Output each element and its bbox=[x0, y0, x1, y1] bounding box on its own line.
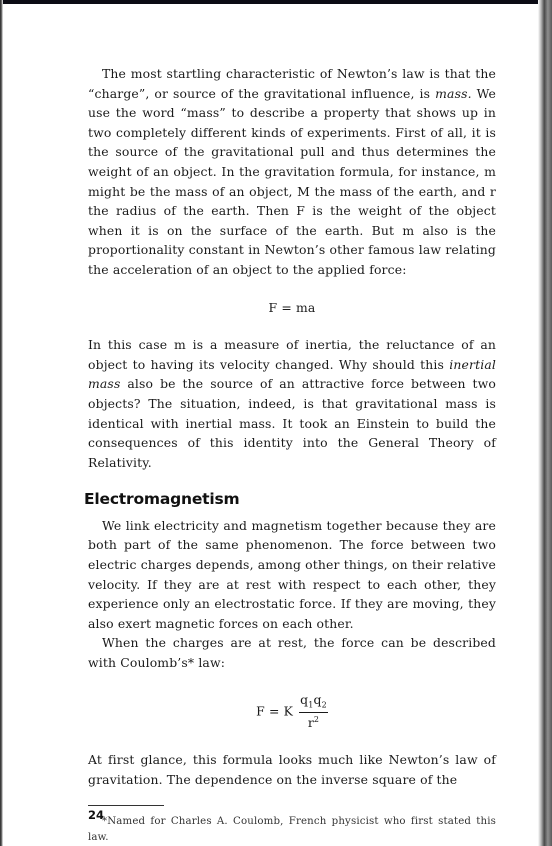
charge-q2: q bbox=[313, 692, 321, 707]
paragraph-text: also be the source of an attractive forc… bbox=[88, 376, 496, 469]
paragraph-coulomb-intro: When the charges are at rest, the force … bbox=[88, 633, 496, 672]
paragraph-electromagnetism: We link electricity and magnetism togeth… bbox=[88, 516, 496, 634]
emphasis-mass: mass. bbox=[435, 86, 472, 101]
scan-left-edge bbox=[0, 0, 3, 846]
equation-newton-second-law: F = ma bbox=[88, 298, 496, 318]
paragraph-text: We use the word “mass” to describe a pro… bbox=[88, 86, 496, 277]
equation-coulomb-law: F = K q1q2 r2 bbox=[88, 693, 496, 731]
paragraph-inertia: In this case m is a measure of inertia, … bbox=[88, 335, 496, 472]
scan-top-edge bbox=[0, 0, 552, 4]
paragraph-comparison: At first glance, this formula looks much… bbox=[88, 750, 496, 789]
page-number: 24 bbox=[88, 808, 104, 822]
footnote-divider bbox=[88, 805, 164, 806]
paragraph-mass: The most startling characteristic of New… bbox=[88, 64, 496, 280]
equation-denominator: r2 bbox=[299, 713, 328, 730]
paragraph-text: In this case m is a measure of inertia, … bbox=[88, 337, 496, 372]
exponent-2: 2 bbox=[314, 715, 319, 724]
footnote: *Named for Charles A. Coulomb, French ph… bbox=[88, 814, 496, 846]
section-heading: Electromagnetism bbox=[84, 490, 496, 510]
subscript-2: 2 bbox=[322, 700, 327, 709]
book-spine-shadow bbox=[538, 0, 552, 846]
equation-fraction: q1q2 r2 bbox=[299, 693, 328, 731]
book-page: The most startling characteristic of New… bbox=[88, 64, 496, 846]
equation-lhs: F = K bbox=[256, 703, 293, 718]
equation-numerator: q1q2 bbox=[299, 693, 328, 713]
